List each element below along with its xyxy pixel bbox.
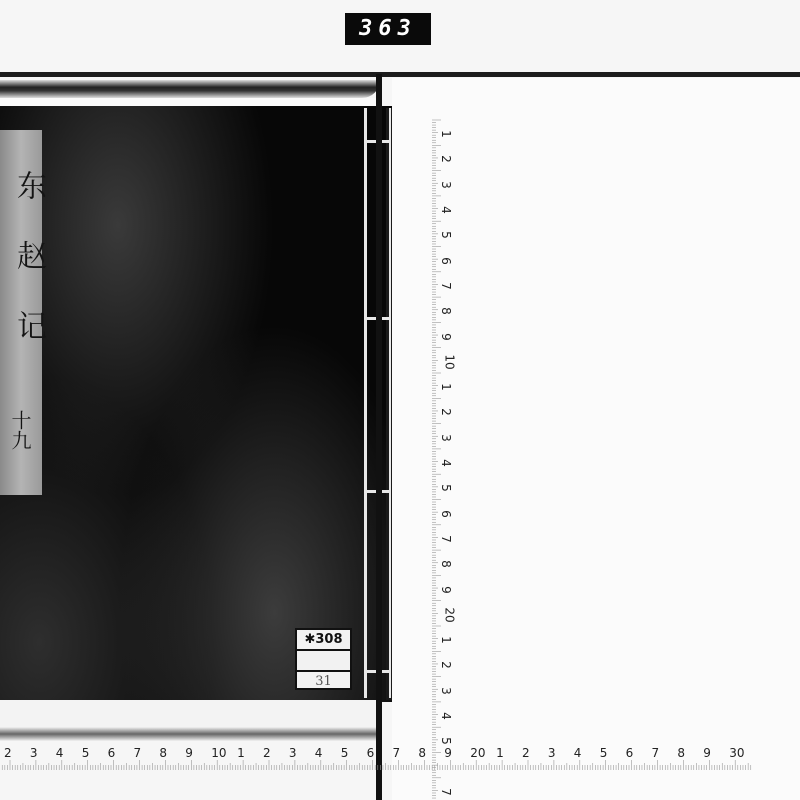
ruler-v-label: 7: [439, 535, 453, 543]
ruler-v-label: 9: [439, 333, 453, 341]
ruler-v-label: 4: [439, 459, 453, 467]
ruler-h-label: 9: [444, 746, 452, 760]
ruler-h-label: 5: [600, 746, 608, 760]
top-edge-bar: [0, 72, 800, 77]
ruler-h-label: 4: [574, 746, 582, 760]
label-blank: [297, 651, 350, 672]
cover-bottom-margin: [0, 700, 380, 730]
binding-line-right: [389, 108, 391, 698]
ruler-h-label: 3: [30, 746, 38, 760]
ruler-h-label: 5: [341, 746, 349, 760]
ruler-h-label: 3: [289, 746, 297, 760]
ruler-v-label: 1: [439, 383, 453, 391]
ruler-h-label: 8: [677, 746, 685, 760]
label-call-number: ✱308: [297, 630, 350, 651]
ruler-h-label: 6: [367, 746, 375, 760]
ruler-h-label: 30: [729, 746, 744, 760]
frame-counter: 363: [345, 13, 431, 45]
binding-line-left: [364, 108, 367, 698]
ruler-v-label: 7: [439, 788, 453, 796]
ruler-v-label: 2: [439, 409, 453, 417]
ruler-h-label: 6: [626, 746, 634, 760]
title-char-3: 记: [6, 310, 50, 340]
ruler-v-label: 6: [439, 510, 453, 518]
ruler-v-label: 2: [439, 156, 453, 164]
volume-number: 十九: [6, 410, 35, 450]
bottom-shadow: [0, 727, 380, 741]
ruler-h-label: 6: [108, 746, 116, 760]
ruler-h-label: 10: [211, 746, 226, 760]
horizontal-ruler: 23456789101234567892012345678930: [0, 744, 800, 770]
ruler-v-label: 3: [439, 181, 453, 189]
ruler-h-label: 7: [134, 746, 142, 760]
page-divider: [376, 74, 382, 800]
book-cover: [0, 106, 392, 702]
ruler-h-label: 5: [82, 746, 90, 760]
library-label: ✱308 31: [295, 628, 352, 690]
ruler-v-label: 9: [439, 586, 453, 594]
ruler-h-label: 8: [159, 746, 167, 760]
ruler-h-label: 9: [185, 746, 193, 760]
vertical-ruler: 1234567891012345678920123457: [432, 108, 454, 800]
ruler-h-label: 4: [315, 746, 323, 760]
ruler-h-label: 1: [237, 746, 245, 760]
ruler-h-label: 20: [470, 746, 485, 760]
ruler-v-label: 5: [439, 485, 453, 493]
ruler-v-label: 3: [439, 687, 453, 695]
ruler-h-label: 2: [4, 746, 12, 760]
title-slip: 东 赵 记 十九: [0, 130, 42, 495]
ruler-h-label: 9: [703, 746, 711, 760]
ruler-h-label: 1: [496, 746, 504, 760]
title-char-1: 东: [6, 170, 50, 200]
ruler-v-label: 4: [439, 712, 453, 720]
ruler-v-label: 5: [439, 232, 453, 240]
ruler-v-label: 8: [439, 307, 453, 315]
ruler-v-label: 8: [439, 560, 453, 568]
glass-shadow: [0, 80, 380, 98]
label-volume: 31: [297, 672, 350, 691]
ruler-h-label: 8: [418, 746, 426, 760]
ruler-h-label: 7: [652, 746, 660, 760]
ruler-v-label: 1: [439, 130, 453, 138]
ruler-v-label: 1: [439, 636, 453, 644]
ruler-h-label: 2: [263, 746, 271, 760]
ruler-v-label: 20: [443, 607, 457, 622]
ruler-h-label: 7: [393, 746, 401, 760]
ruler-h-label: 4: [56, 746, 64, 760]
ruler-v-label: 4: [439, 206, 453, 214]
ruler-v-label: 3: [439, 434, 453, 442]
ruler-v-label: 6: [439, 257, 453, 265]
ruler-h-label: 2: [522, 746, 530, 760]
ruler-v-label: 2: [439, 662, 453, 670]
ruler-v-label: 10: [443, 354, 457, 369]
title-char-2: 赵: [6, 240, 50, 270]
ruler-v-label: 7: [439, 282, 453, 290]
ruler-h-label: 3: [548, 746, 556, 760]
